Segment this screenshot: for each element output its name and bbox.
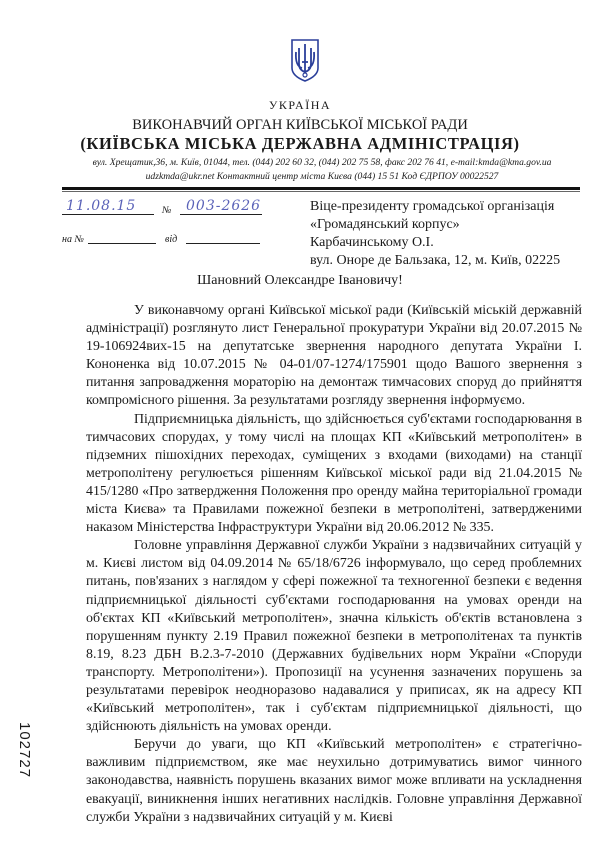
paragraph: Беручи до уваги, що КП «Київський метроп… xyxy=(86,736,582,826)
handwritten-date: 11.08.15 xyxy=(66,198,136,214)
ukraine-trident-emblem-icon xyxy=(290,38,320,83)
letter-body: У виконавчому органі Київської міської р… xyxy=(86,302,582,827)
letter-page: УКРАЇНА ВИКОНАВЧИЙ ОРГАН КИЇВСЬКОЇ МІСЬК… xyxy=(0,0,600,849)
recipient-block: Віце-президенту громадської організація … xyxy=(310,198,560,270)
org-address-line1: вул. Хрещатик,36, м. Київ, 01044, тел. (… xyxy=(62,157,582,168)
recipient-title: Віце-президенту громадської організація xyxy=(310,198,560,216)
paragraph: У виконавчому органі Київської міської р… xyxy=(86,302,582,411)
header-divider-thin xyxy=(62,191,580,192)
reply-to-label: на № xyxy=(62,234,84,245)
paragraph: Головне управління Державної служби Укра… xyxy=(86,537,582,736)
recipient-address: вул. Оноре де Бальзака, 12, м. Київ, 022… xyxy=(310,252,560,270)
salutation: Шановний Олександре Івановичу! xyxy=(0,273,600,289)
reply-to-line xyxy=(88,229,156,244)
from-line xyxy=(186,229,260,244)
org-name-line1: ВИКОНАВЧИЙ ОРГАН КИЇВСЬКОЇ МІСЬКОЇ РАДИ xyxy=(0,117,600,134)
handwritten-number: 003-2626 xyxy=(186,198,261,214)
from-label: від xyxy=(165,234,177,245)
org-address-line2: udzkmda@ukr.net Контактний центр міста К… xyxy=(62,171,582,182)
org-name-line2: (КИЇВСЬКА МІСЬКА ДЕРЖАВНА АДМІНІСТРАЦІЯ) xyxy=(0,134,600,154)
paragraph: Підприємницька діяльність, що здійснюєть… xyxy=(86,411,582,538)
recipient-name: Карбачинському О.І. xyxy=(310,234,560,252)
recipient-organization: «Громадянський корпус» xyxy=(310,216,560,234)
header-divider xyxy=(62,187,580,190)
number-label: № xyxy=(162,205,171,216)
country-name: УКРАЇНА xyxy=(0,98,600,113)
margin-registration-stamp: 102727 xyxy=(16,722,33,778)
